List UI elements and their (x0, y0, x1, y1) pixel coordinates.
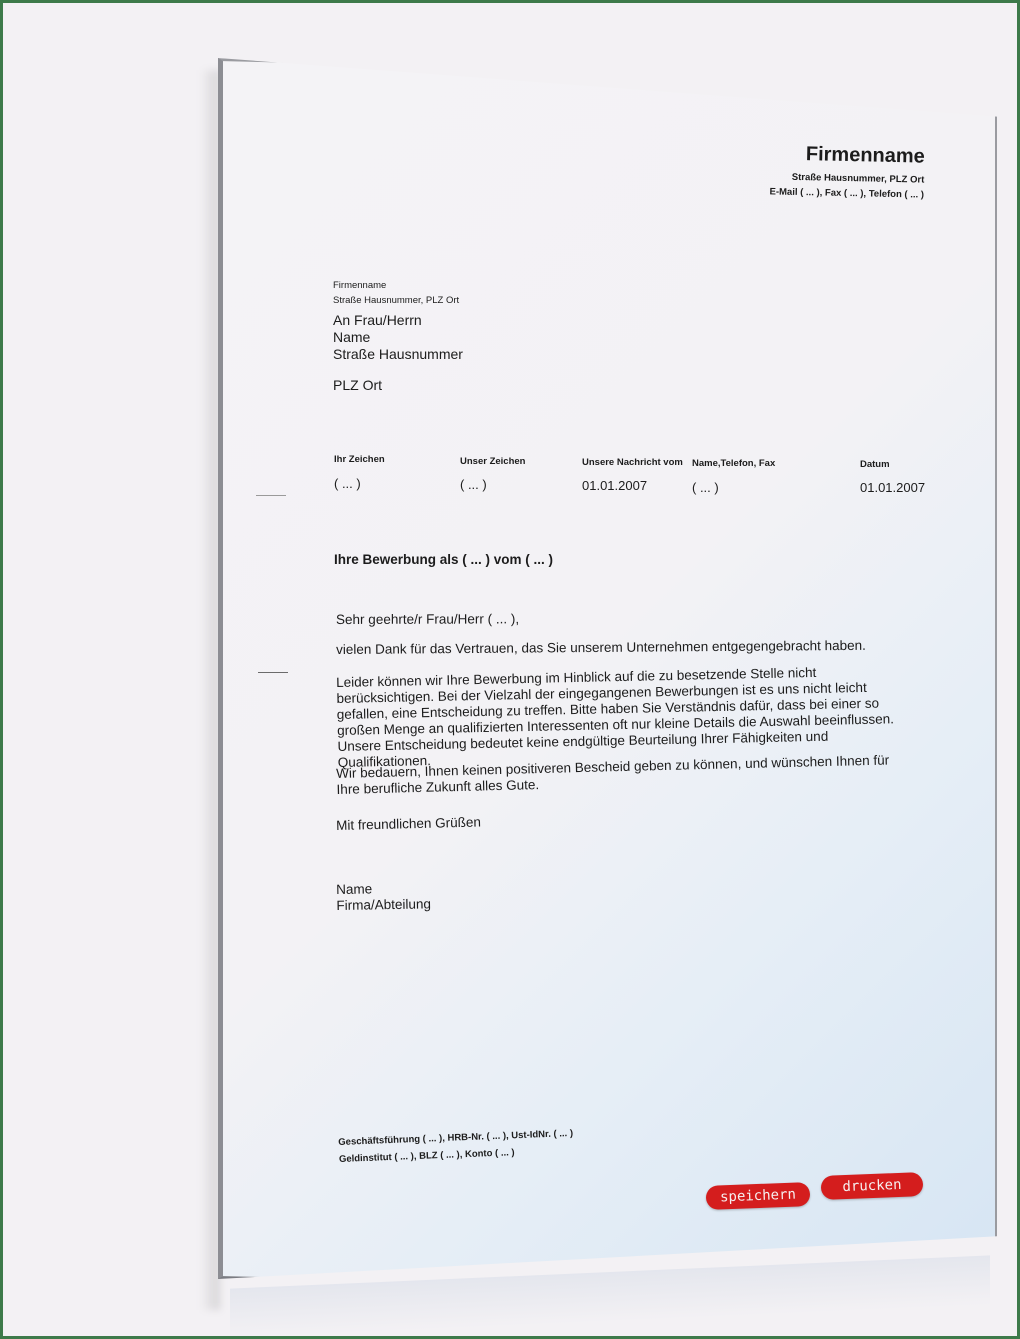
print-button[interactable]: drucken (821, 1172, 924, 1200)
page-shadow (200, 70, 220, 1310)
ref-label-unsere-nachricht: Unsere Nachricht vom (582, 457, 683, 468)
letter-closing: Mit freundlichen Grüßen (336, 803, 936, 834)
sender-address: Straße Hausnummer, PLZ Ort (333, 293, 459, 308)
letterhead-contact: E-Mail ( ... ), Fax ( ... ), Telefon ( .… (769, 186, 924, 200)
save-button[interactable]: speichern (706, 1182, 811, 1210)
punch-mark (258, 672, 288, 673)
ref-value-ihr-zeichen: ( ... ) (334, 476, 361, 491)
ref-label-ihr-zeichen: Ihr Zeichen (334, 454, 385, 465)
letterhead: Firmenname Straße Hausnummer, PLZ Ort E-… (769, 142, 925, 200)
recipient-salutation: An Frau/Herrn (333, 312, 463, 329)
letter-paragraph-1: vielen Dank für das Vertrauen, das Sie u… (336, 638, 896, 658)
letterhead-address: Straße Hausnummer, PLZ Ort (769, 171, 924, 185)
recipient-street: Straße Hausnummer (333, 346, 463, 363)
letter-footer: Geschäftsführung ( ... ), HRB-Nr. ( ... … (338, 1125, 574, 1168)
sender-line: Firmenname Straße Hausnummer, PLZ Ort (333, 278, 459, 308)
ref-label-unser-zeichen: Unser Zeichen (460, 456, 525, 467)
letter-subject: Ihre Bewerbung als ( ... ) vom ( ... ) (334, 552, 553, 567)
signature-block: Name Firma/Abteilung (336, 872, 936, 914)
document-content: Firmenname Straße Hausnummer, PLZ Ort E-… (218, 58, 990, 1273)
letter-greeting: Sehr geehrte/r Frau/Herr ( ... ), (336, 610, 936, 628)
recipient-name: Name (333, 329, 463, 346)
ref-value-unser-zeichen: ( ... ) (460, 477, 487, 492)
sender-company: Firmenname (333, 278, 459, 293)
ref-label-name-telefon-fax: Name,Telefon, Fax (692, 458, 775, 469)
ref-value-unsere-nachricht: 01.01.2007 (582, 478, 647, 493)
ref-value-name-telefon-fax: ( ... ) (692, 480, 719, 495)
fold-mark (256, 495, 286, 496)
ref-value-datum: 01.01.2007 (860, 480, 925, 495)
ref-label-datum: Datum (860, 459, 890, 470)
recipient-address: An Frau/Herrn Name Straße Hausnummer (333, 312, 463, 363)
letterhead-company: Firmenname (770, 142, 925, 168)
recipient-city: PLZ Ort (333, 377, 382, 393)
